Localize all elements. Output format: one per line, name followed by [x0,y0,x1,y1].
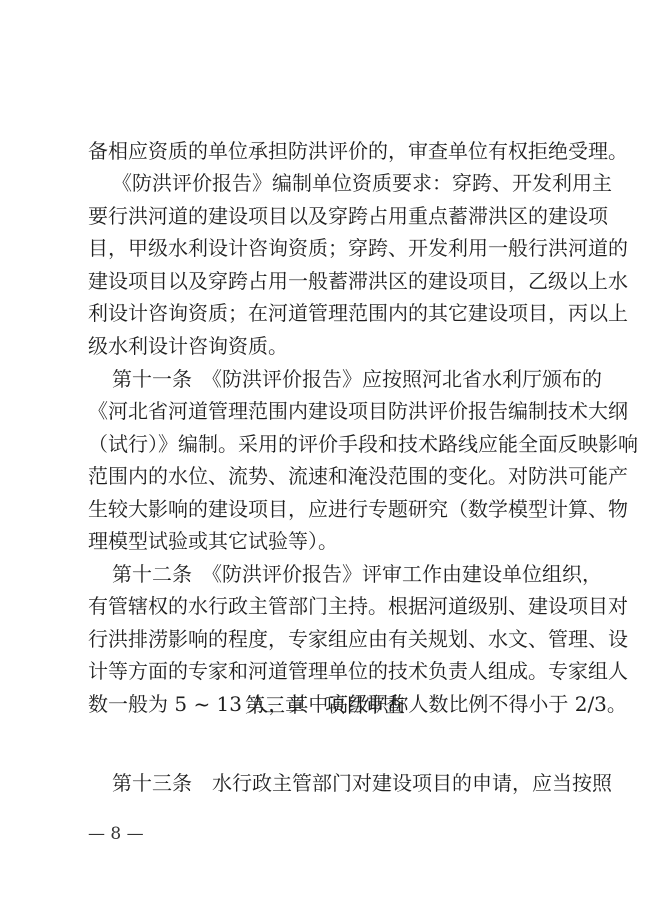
text-line: 目，甲级水利设计咨询资质；穿跨、开发利用一般行洪河道的 [88,233,566,263]
text-line: 理模型试验或其它试验等）。 [88,526,566,556]
text-line: 有管辖权的水行政主管部门主持。根据河道级别、建设项目对 [88,591,566,621]
text-line: 备相应资质的单位承担防洪评价的，审查单位有权拒绝受理。 [88,136,566,166]
article-11-line: 第十一条 《防洪评价报告》应按照河北省水利厅颁布的 [112,364,566,394]
text-line: 利设计咨询资质；在河道管理范围内的其它建设项目，丙以上 [88,298,566,328]
text-line: 级水利设计咨询资质。 [88,331,566,361]
text-line: 生较大影响的建设项目，应进行专题研究（数学模型计算、物 [88,494,566,524]
text-line: 要行洪河道的建设项目以及穿跨占用重点蓄滞洪区的建设项 [88,201,566,231]
article-12-line: 第十二条 《防洪评价报告》评审工作由建设单位组织， [112,559,566,589]
text-line: 计等方面的专家和河道管理单位的技术负责人组成。专家组人 [88,656,566,686]
text-line: 《防洪评价报告》编制单位资质要求：穿跨、开发利用主 [112,168,566,198]
document-page: 备相应资质的单位承担防洪评价的，审查单位有权拒绝受理。 《防洪评价报告》编制单位… [0,0,650,918]
article-13-line: 第十三条 水行政主管部门对建设项目的申请，应当按照 [112,768,566,798]
text-line: 《河北省河道管理范围内建设项目防洪评价报告编制技术大纲 [88,396,566,426]
chapter-heading: 第三章 项目审查 [0,690,650,720]
text-line: （试行）》编制。采用的评价手段和技术路线应能全面反映影响 [88,429,566,459]
text-line: 行洪排涝影响的程度，专家组应由有关规划、水文、管理、设 [88,624,566,654]
page-number: — 8 — [88,822,144,846]
text-line: 范围内的水位、流势、流速和淹没范围的变化。对防洪可能产 [88,461,566,491]
text-line: 建设项目以及穿跨占用一般蓄滞洪区的建设项目，乙级以上水 [88,266,566,296]
